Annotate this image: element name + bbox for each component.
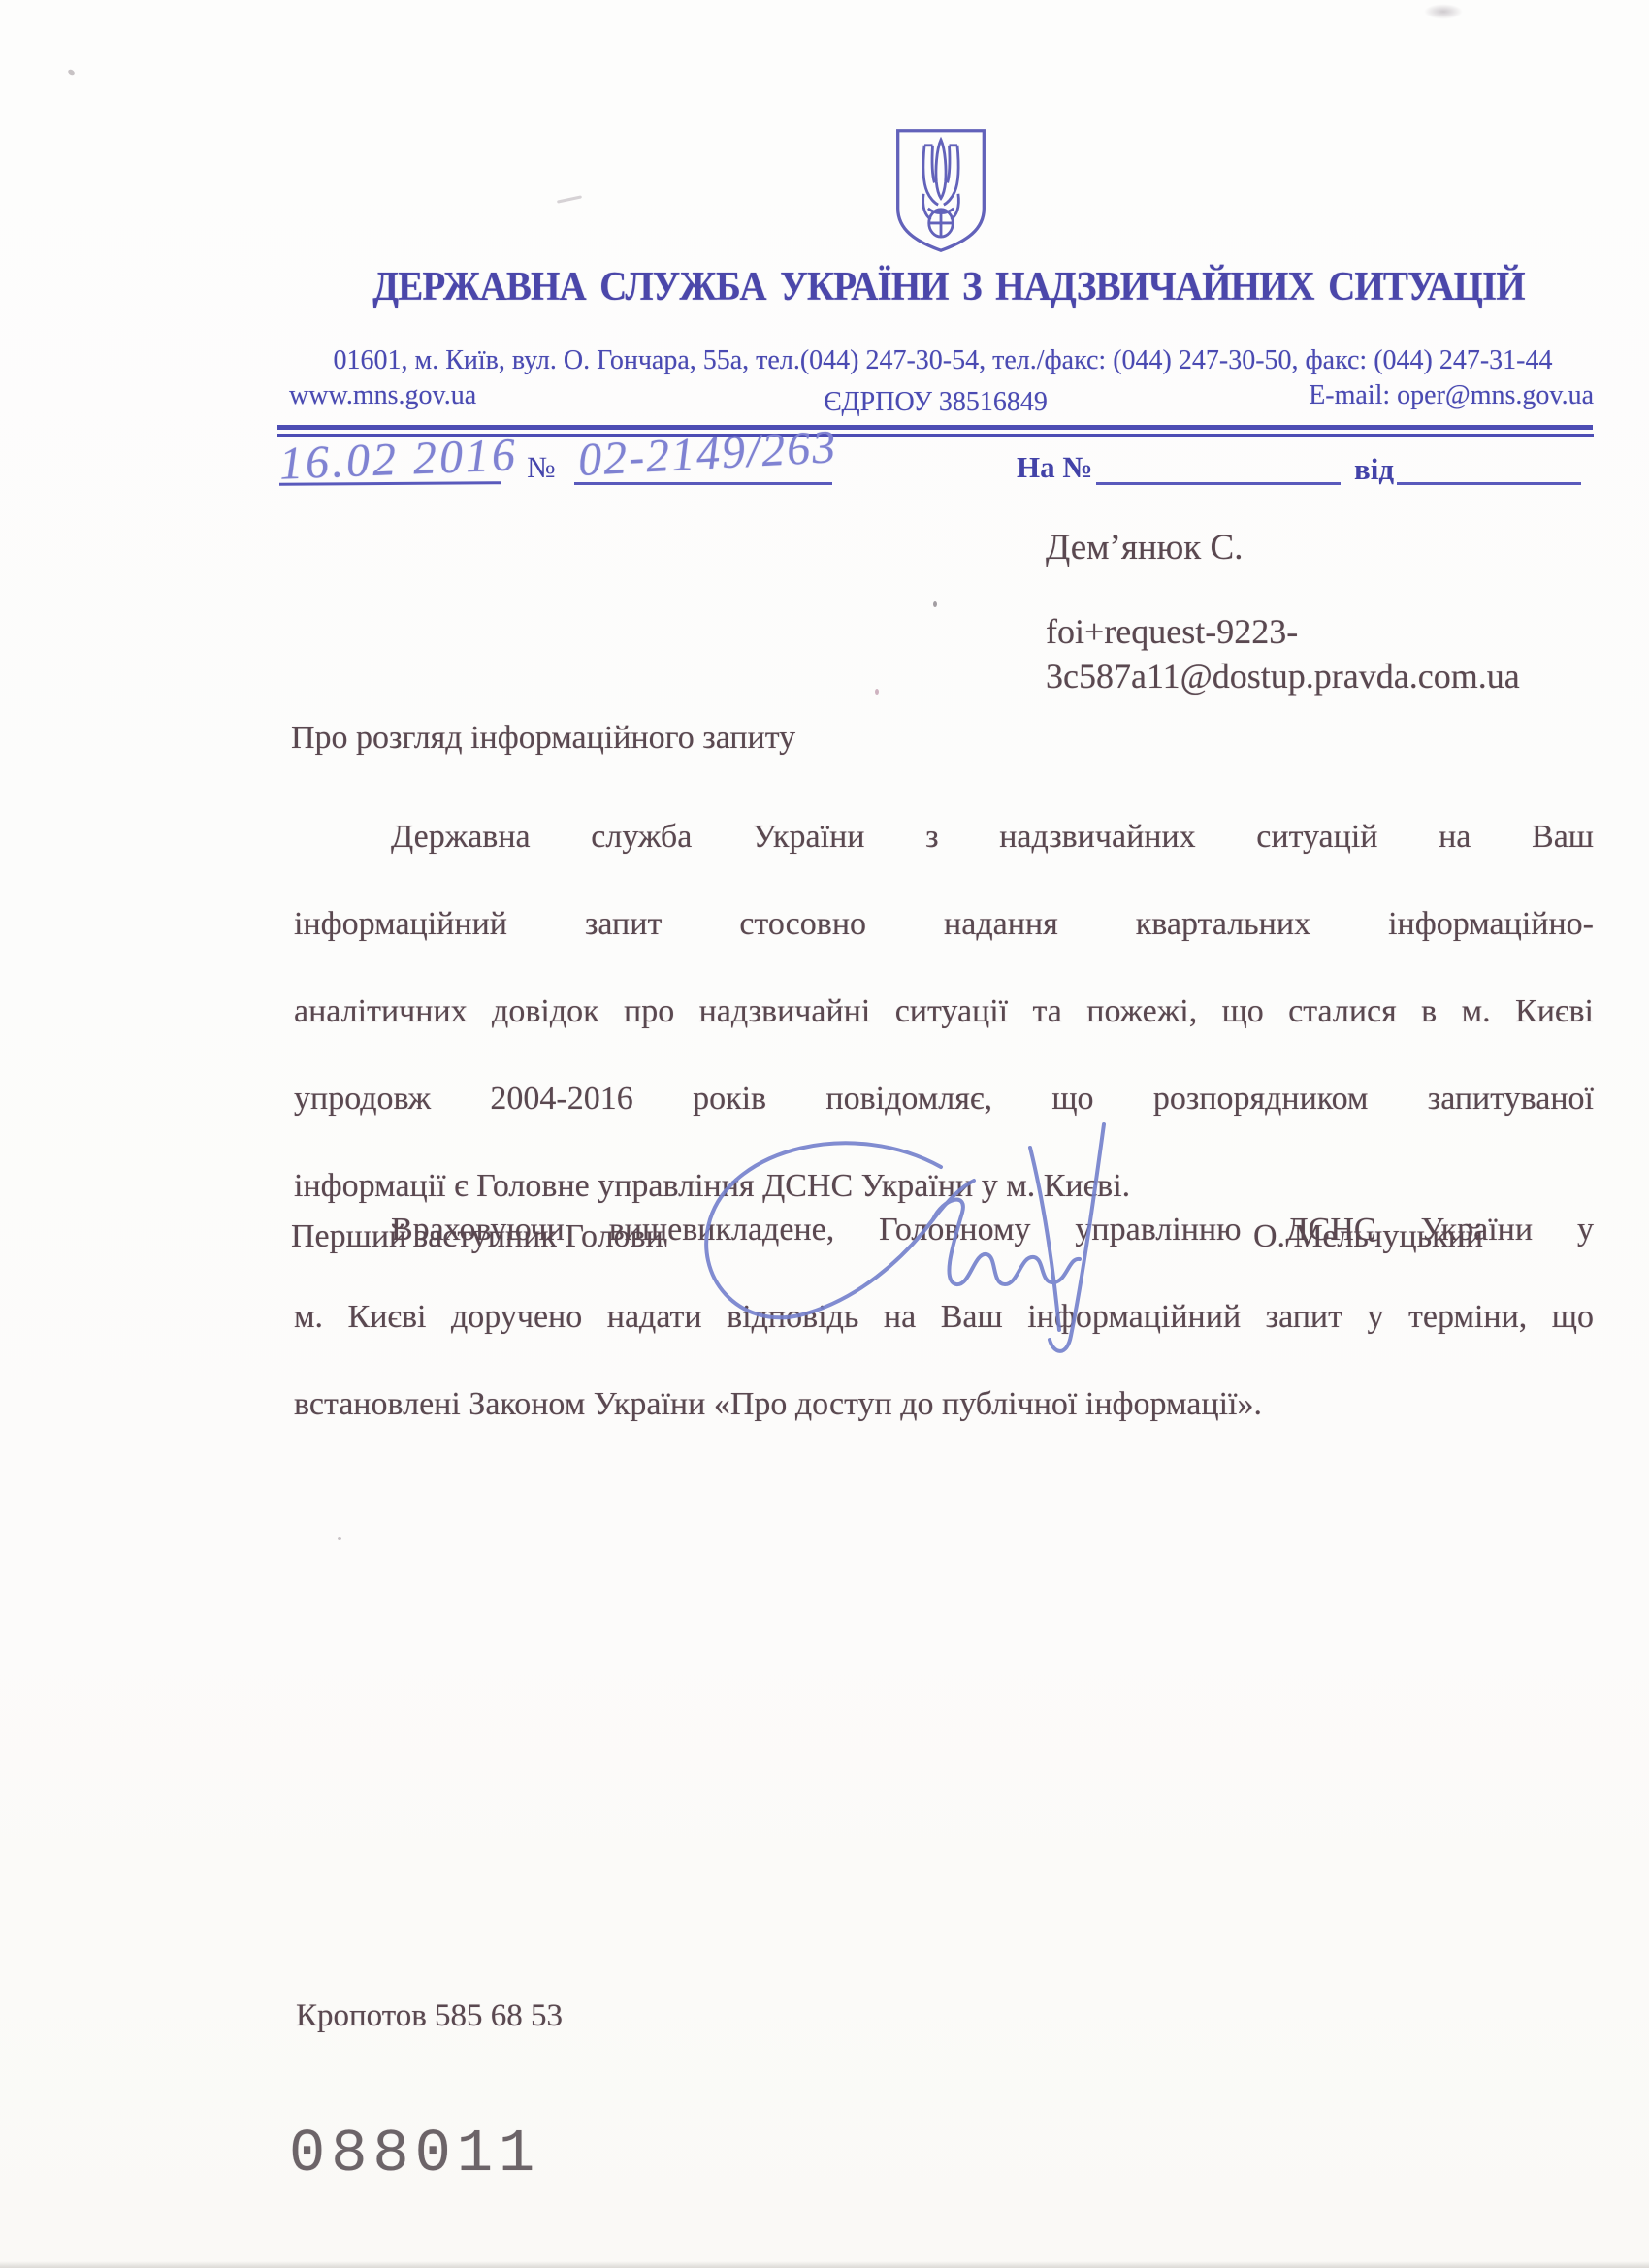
signer-name: О. Мельчуцький xyxy=(1253,1218,1483,1255)
scan-speck xyxy=(67,69,76,77)
scan-smudge xyxy=(1424,4,1463,19)
body-line: Державна служба України з надзвичайних с… xyxy=(294,815,1594,902)
number-underline xyxy=(574,482,832,485)
recipient-email: foi+request-9223- 3c587a11@dostup.pravda… xyxy=(1046,609,1520,698)
organization-name: ДЕРЖАВНА СЛУЖБА УКРАЇНИ З НАДЗВИЧАЙНИХ С… xyxy=(337,264,1560,310)
number-sign-label: № xyxy=(527,450,556,485)
recipient-email-line1: foi+request-9223- xyxy=(1046,609,1520,654)
scan-speck xyxy=(557,195,582,203)
incoming-date-blank xyxy=(1397,482,1581,485)
email-text: E-mail: oper@mns.gov.ua xyxy=(1309,380,1594,411)
scan-speck xyxy=(933,601,937,607)
handwritten-outgoing-number: 02-2149/263 xyxy=(577,420,839,487)
executor-contact: Кропотов 585 68 53 xyxy=(296,1998,563,2034)
incoming-date-label: від xyxy=(1354,452,1394,487)
body-line: аналітичних довідок про надзвичайні ситу… xyxy=(294,989,1594,1077)
scan-edge-shadow xyxy=(0,2261,1649,2268)
body-line: встановлені Законом України «Про доступ … xyxy=(294,1382,1594,1426)
scanned-letter-page: ДЕРЖАВНА СЛУЖБА УКРАЇНИ З НАДЗВИЧАЙНИХ С… xyxy=(0,0,1649,2268)
scan-speck xyxy=(875,689,879,695)
scan-speck xyxy=(338,1537,341,1540)
ukraine-trident-emblem-icon xyxy=(890,126,991,254)
contacts-row: www.mns.gov.ua ЄДРПОУ 38516849 E-mail: o… xyxy=(277,380,1594,409)
recipient-email-line2: 3c587a11@dostup.pravda.com.ua xyxy=(1046,654,1520,698)
recipient-name: Дем’янюк С. xyxy=(1046,527,1243,568)
incoming-number-blank xyxy=(1096,482,1341,485)
body-line: інформаційний запит стосовно надання ква… xyxy=(294,902,1594,989)
address-line: 01601, м. Київ, вул. О. Гончара, 55а, те… xyxy=(285,345,1600,376)
incoming-number-label: На № xyxy=(1017,450,1093,485)
subject-line: Про розгляд інформаційного запиту xyxy=(291,720,795,757)
registration-stamp-number: 088011 xyxy=(289,2120,540,2188)
signer-position: Перший заступник Голови xyxy=(291,1218,663,1255)
handwritten-signature xyxy=(611,1111,1232,1373)
